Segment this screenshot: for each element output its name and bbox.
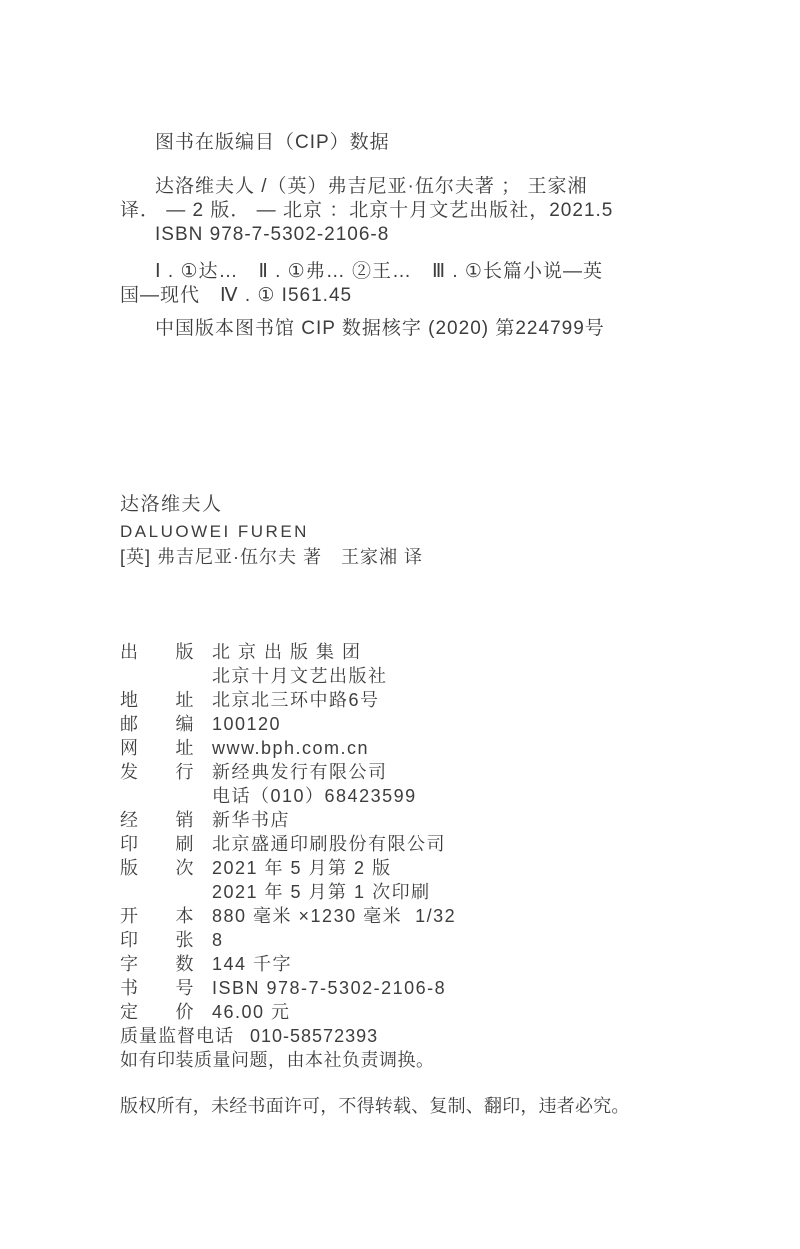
colophon-row: 地 址 北京北三环中路6号 — [120, 688, 720, 712]
colophon-row: 字 数 144 千字 — [120, 952, 720, 976]
colophon-row-value: 144 千字 — [212, 952, 292, 976]
title-block: 达洛维夫人 DALUOWEI FUREN [英] 弗吉尼亚·伍尔夫 著 王家湘 … — [120, 492, 680, 570]
colophon-row-label: 书 号 — [120, 976, 204, 1000]
colophon-row: 发 行 新经典发行有限公司 — [120, 760, 720, 784]
colophon-row-label: 印 刷 — [120, 832, 204, 856]
colophon-row-value: 北 京 出 版 集 团 — [212, 640, 362, 664]
exchange-notice: 如有印装质量问题，由本社负责调换。 — [120, 1048, 720, 1072]
colophon-row-value: www.bph.com.cn — [212, 736, 369, 760]
colophon-row-label: 开 本 — [120, 904, 204, 928]
colophon-row-value: 北京十月文艺出版社 — [212, 664, 388, 688]
colophon-row-label: 出 版 — [120, 640, 204, 664]
cip-record-line: 中国版本图书馆 CIP 数据核字 (2020) 第224799号 — [155, 317, 700, 341]
colophon-row-value: ISBN 978-7-5302-2106-8 — [212, 976, 446, 1000]
colophon-row-label: 发 行 — [120, 760, 204, 784]
colophon-row: 定 价 46.00 元 — [120, 1000, 720, 1024]
colophon-row-label: 版 次 — [120, 856, 204, 880]
colophon-row-label: 邮 编 — [120, 712, 204, 736]
colophon-row: 电话（010）68423599 — [120, 784, 720, 808]
colophon-row-label: 经 销 — [120, 808, 204, 832]
colophon-block: 出 版 北 京 出 版 集 团 北京十月文艺出版社 地 址 北京北三环中路6号 … — [120, 640, 720, 1072]
colophon-row-value: 电话（010）68423599 — [212, 784, 417, 808]
colophon-row: 书 号 ISBN 978-7-5302-2106-8 — [120, 976, 720, 1000]
colophon-row-value: 北京北三环中路6号 — [212, 688, 380, 712]
colophon-row: 北京十月文艺出版社 — [120, 664, 720, 688]
colophon-row-value: 46.00 元 — [212, 1000, 291, 1024]
colophon-row-value: 北京盛通印刷股份有限公司 — [212, 832, 446, 856]
colophon-row: 版 次 2021 年 5 月第 2 版 — [120, 856, 720, 880]
book-title-cn: 达洛维夫人 — [120, 492, 680, 517]
copyright-page: 图书在版编目（CIP）数据 达洛维夫人 /（英）弗吉尼亚·伍尔夫著 ； 王家湘 … — [0, 0, 800, 1249]
colophon-row: 开 本 880 毫米 ×1230 毫米 1/32 — [120, 904, 720, 928]
copyright-notice: 版权所有，未经书面许可，不得转载、复制、翻印，违者必究。 — [120, 1094, 740, 1118]
colophon-row-value: 880 毫米 ×1230 毫米 1/32 — [212, 904, 456, 928]
cip-entry-line1: 达洛维夫人 /（英）弗吉尼亚·伍尔夫著 ； 王家湘 — [155, 175, 700, 199]
colophon-row-value: 100120 — [212, 712, 281, 736]
book-author-line: [英] 弗吉尼亚·伍尔夫 著 王家湘 译 — [120, 545, 680, 570]
cip-class-line2: 国—现代 Ⅳ . ① I561.45 — [120, 284, 700, 308]
colophon-row: 印 张 8 — [120, 928, 720, 952]
colophon-row-label: 网 址 — [120, 736, 204, 760]
cip-block: 图书在版编目（CIP）数据 达洛维夫人 /（英）弗吉尼亚·伍尔夫著 ； 王家湘 … — [120, 131, 700, 341]
colophon-row-value: 2021 年 5 月第 2 版 — [212, 856, 392, 880]
quality-phone-row: 质量监督电话 010-58572393 — [120, 1024, 720, 1048]
colophon-row-label: 定 价 — [120, 1000, 204, 1024]
colophon-row: 经 销 新华书店 — [120, 808, 720, 832]
colophon-rows: 出 版 北 京 出 版 集 团 北京十月文艺出版社 地 址 北京北三环中路6号 … — [120, 640, 720, 1024]
colophon-row-label: 字 数 — [120, 952, 204, 976]
cip-class-line1: Ⅰ . ①达… Ⅱ . ①弗… ②王… Ⅲ . ①长篇小说—英 — [155, 260, 700, 284]
cip-header: 图书在版编目（CIP）数据 — [155, 131, 700, 155]
colophon-row-value: 8 — [212, 928, 224, 952]
book-title-pinyin: DALUOWEI FUREN — [120, 519, 680, 544]
cip-entry-line2: 译． — 2 版． — 北京 ：北京十月文艺出版社，2021.5 — [120, 199, 700, 223]
colophon-row: 2021 年 5 月第 1 次印刷 — [120, 880, 720, 904]
quality-phone-value: 010-58572393 — [250, 1024, 378, 1048]
colophon-row: 邮 编 100120 — [120, 712, 720, 736]
colophon-row: 印 刷 北京盛通印刷股份有限公司 — [120, 832, 720, 856]
quality-phone-label: 质量监督电话 — [120, 1024, 234, 1048]
colophon-row-label: 地 址 — [120, 688, 204, 712]
colophon-row-value: 新华书店 — [212, 808, 290, 832]
colophon-row-label — [120, 664, 204, 688]
colophon-row: 出 版 北 京 出 版 集 团 — [120, 640, 720, 664]
cip-isbn-line: ISBN 978-7-5302-2106-8 — [155, 223, 700, 247]
colophon-row-label: 印 张 — [120, 928, 204, 952]
colophon-row-value: 新经典发行有限公司 — [212, 760, 388, 784]
colophon-row-label — [120, 784, 204, 808]
colophon-row-value: 2021 年 5 月第 1 次印刷 — [212, 880, 431, 904]
colophon-row-label — [120, 880, 204, 904]
colophon-row: 网 址 www.bph.com.cn — [120, 736, 720, 760]
